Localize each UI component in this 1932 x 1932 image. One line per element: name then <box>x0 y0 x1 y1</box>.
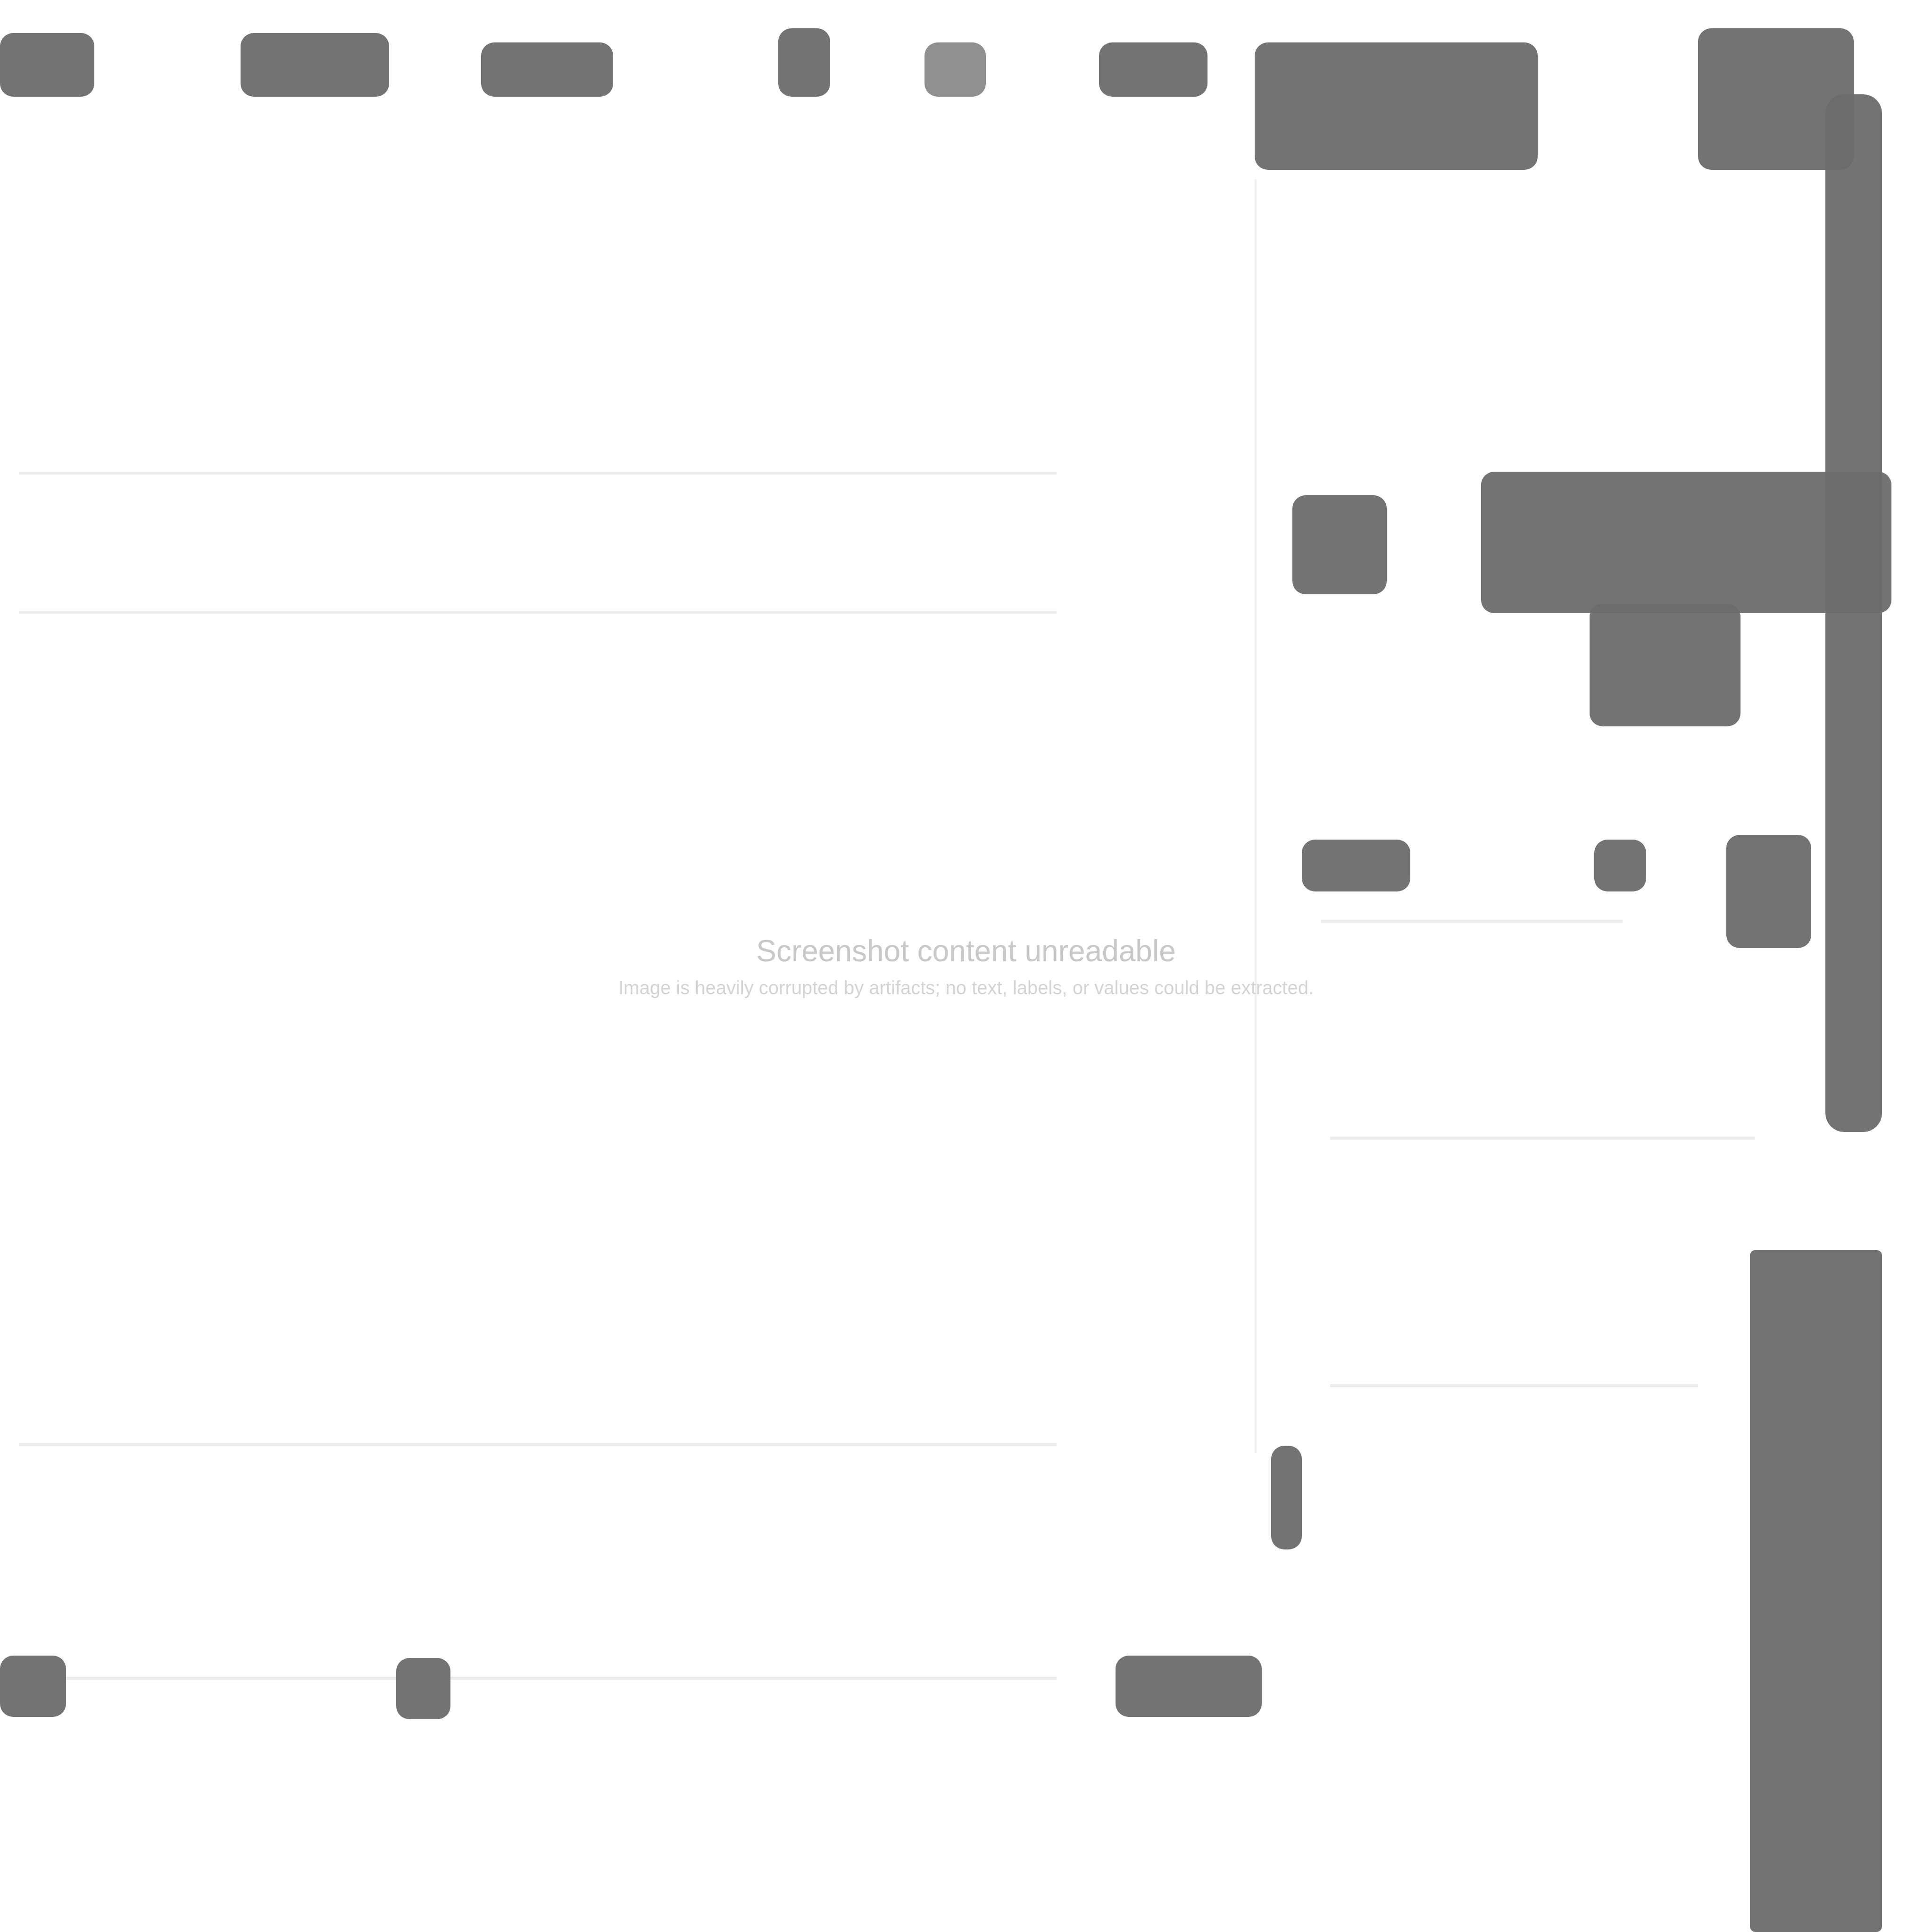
bottom-item-unreadable[interactable] <box>396 1658 450 1719</box>
toolbar-item-unreadable[interactable] <box>1255 42 1538 170</box>
panel-item-unreadable[interactable] <box>1726 835 1811 948</box>
row-divider <box>19 611 1057 614</box>
panel-row-line <box>1321 920 1623 923</box>
panel-row-line <box>1330 1137 1755 1140</box>
panel-item-unreadable[interactable] <box>1750 1250 1882 1932</box>
toolbar-item-unreadable[interactable] <box>924 42 986 97</box>
bottom-item-unreadable[interactable] <box>0 1656 66 1717</box>
panel-item-unreadable[interactable] <box>1292 495 1387 594</box>
scrollbar-track[interactable] <box>1825 94 1882 1132</box>
toolbar-item-unreadable[interactable] <box>481 42 613 97</box>
panel-row-line <box>1330 1384 1698 1387</box>
panel-item-unreadable[interactable] <box>1590 604 1740 726</box>
notice-title: Screenshot content unreadable <box>756 934 1176 968</box>
toolbar-item-unreadable[interactable] <box>241 33 389 97</box>
toolbar-item-unreadable[interactable] <box>778 28 830 97</box>
row-divider <box>19 1443 1057 1446</box>
panel-item-unreadable[interactable] <box>1594 840 1646 891</box>
row-divider <box>19 472 1057 475</box>
toolbar-item-unreadable[interactable] <box>0 33 94 97</box>
bottom-item-unreadable[interactable] <box>1116 1656 1262 1717</box>
row-divider <box>19 1677 1057 1680</box>
panel-item-unreadable[interactable] <box>1302 840 1410 891</box>
unreadable-element[interactable] <box>1271 1446 1302 1549</box>
panel-divider <box>1255 179 1257 1453</box>
unreadable-notice: Screenshot content unreadable Image is h… <box>400 933 1532 999</box>
notice-detail: Image is heavily corrupted by artifacts;… <box>400 978 1532 999</box>
toolbar-item-unreadable[interactable] <box>1099 42 1207 97</box>
